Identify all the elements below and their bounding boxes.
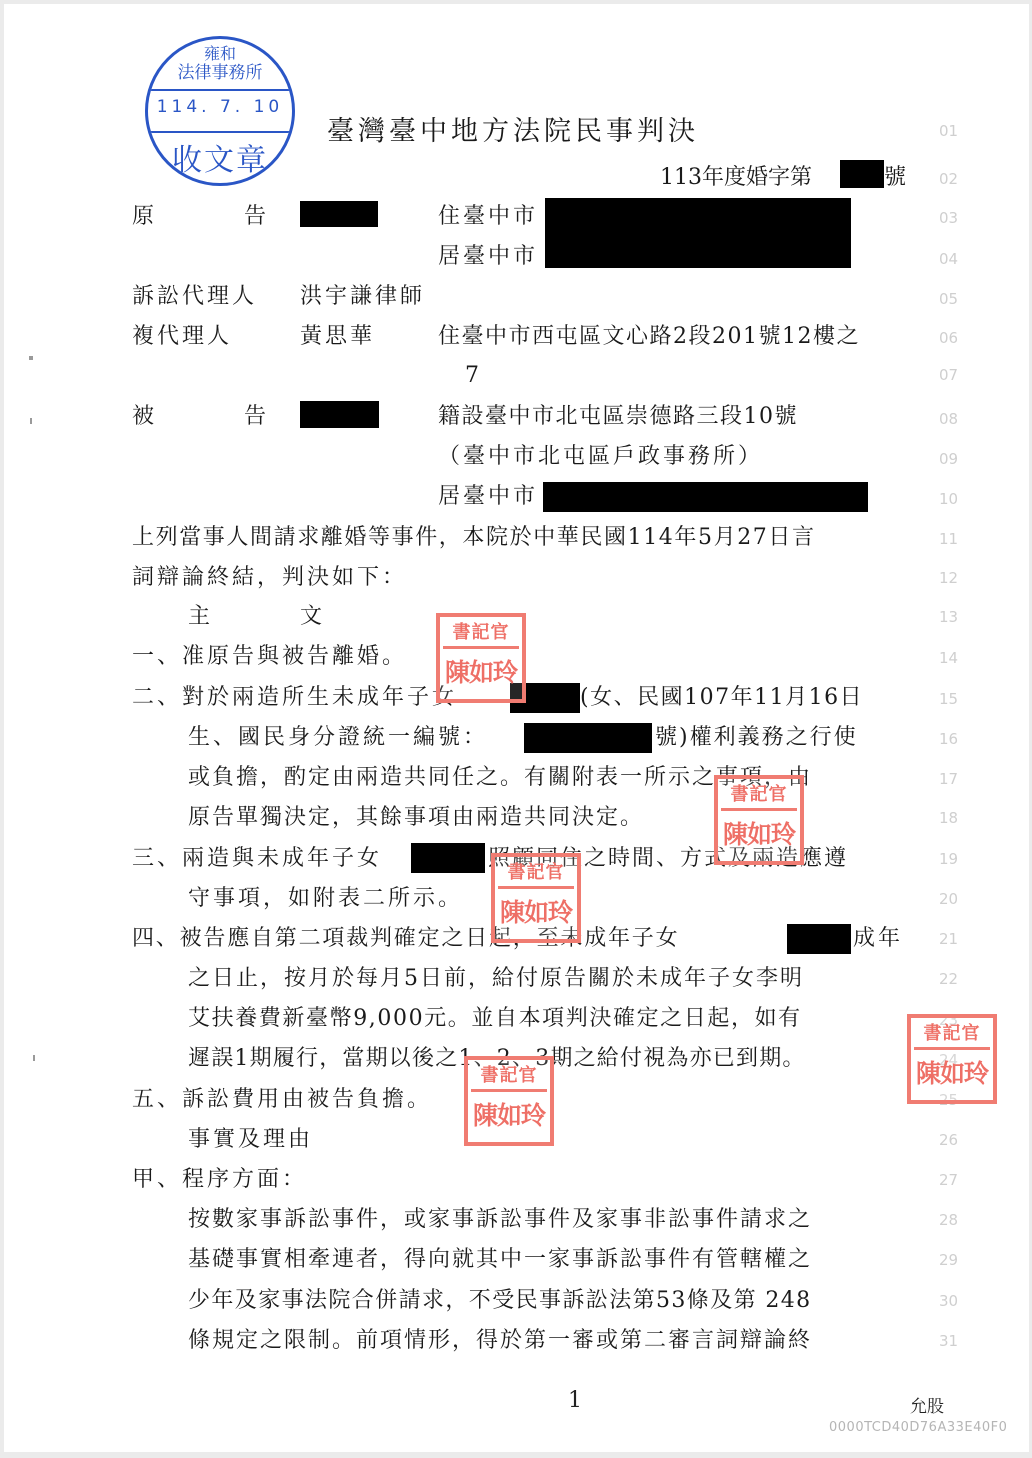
line-number: 18: [939, 808, 958, 828]
clerk-seal-name: 陳如玲: [468, 1094, 550, 1138]
line-number: 20: [939, 889, 958, 909]
defendant-address-1: 籍設臺中市北屯區崇德路三段10號: [438, 403, 798, 431]
line-number: 17: [939, 769, 958, 789]
stamp-date: 114. 7. 10: [148, 97, 292, 117]
clerk-seal: 書記官 陳如玲: [714, 775, 804, 865]
division-tag: 允股: [910, 1392, 944, 1417]
redacted-child-name: [787, 924, 851, 954]
page-number: 1: [568, 1388, 582, 1413]
line-number: 07: [939, 365, 958, 385]
clerk-seal-title: 書記官: [498, 860, 574, 889]
plaintiff-address-1-prefix: 住臺中市: [438, 203, 538, 231]
line-number: 13: [939, 607, 958, 627]
body-line-21a: 四、被告應自第二項裁判確定之日起，至未成年子女: [132, 925, 679, 953]
stamp-firm-line1: 雍和: [148, 45, 292, 63]
defendant-label-1: 被: [132, 403, 157, 431]
facts-and-reasons-heading: 事實及理由: [188, 1126, 313, 1154]
plaintiff-label-1: 原: [132, 203, 157, 231]
line-number: 03: [939, 208, 958, 228]
body-line-29: 基礎事實相牽連者，得向就其中一家事訴訟事件有管轄權之: [188, 1246, 812, 1274]
plaintiff-label-2: 告: [244, 203, 269, 231]
body-line-11: 上列當事人間請求離婚等事件，本院於中華民國114年5月27日言: [132, 524, 816, 552]
body-line-31: 條規定之限制。前項情形，得於第一審或第二審言詞辯論終: [188, 1327, 812, 1355]
subagent-address: 住臺中市西屯區文心路2段201號12樓之: [438, 323, 860, 351]
line-number: 22: [939, 969, 958, 989]
scan-speck: [33, 1055, 35, 1061]
agent-name: 洪宇謙律師: [300, 283, 425, 311]
document-title: 臺灣臺中地方法院民事判決: [327, 109, 699, 148]
redacted-child-name: [411, 843, 485, 873]
defendant-address-2: （臺中市北屯區戶政事務所）: [438, 443, 763, 471]
body-line-18: 原告單獨決定，其餘事項由兩造共同決定。: [188, 804, 644, 832]
document-code: 0000TCD40D76A33E40F0: [829, 1420, 1007, 1435]
law-firm-receipt-stamp: 雍和 法律事務所 114. 7. 10 收文章: [145, 36, 295, 186]
case-number-suffix: 號: [884, 164, 909, 192]
clerk-seal-title: 書記官: [914, 1021, 990, 1050]
line-number: 16: [939, 729, 958, 749]
line-number: 29: [939, 1250, 958, 1270]
redacted-case-number: [840, 160, 884, 188]
agent-label: 訴訟代理人: [132, 283, 257, 311]
plaintiff-address-2-prefix: 居臺中市: [438, 243, 538, 271]
clerk-seal-title: 書記官: [471, 1063, 547, 1092]
redacted-plaintiff-name: [300, 201, 378, 227]
body-line-23: 艾扶養費新臺幣9,000元。並自本項判決確定之日起，如有: [188, 1005, 802, 1033]
clerk-seal: 書記官 陳如玲: [491, 853, 581, 943]
body-line-28: 按數家事訴訟事件，或家事訴訟事件及家事非訟事件請求之: [188, 1206, 812, 1234]
body-line-19a: 三、兩造與未成年子女: [132, 845, 382, 873]
body-line-30: 少年及家事法院合併請求，不受民事訴訟法第53條及第 248: [188, 1287, 812, 1315]
line-number: 30: [939, 1291, 958, 1311]
clerk-seal-title: 書記官: [443, 620, 519, 649]
clerk-seal: 書記官 陳如玲: [436, 613, 526, 703]
body-line-21b: 成年: [853, 925, 903, 953]
clerk-seal-name: 陳如玲: [718, 813, 800, 857]
line-number: 14: [939, 648, 958, 668]
scan-speck: [29, 356, 33, 360]
redacted-id-number: [524, 723, 652, 753]
body-line-22: 之日止，按月於每月5日前，給付原告關於未成年子女李明: [188, 965, 804, 993]
section-procedure-heading: 甲、程序方面：: [132, 1166, 307, 1194]
main-text-heading-2: 文: [300, 603, 325, 631]
stamp-firm-line2: 法律事務所: [148, 63, 292, 83]
line-number: 06: [939, 328, 958, 348]
scan-speck: [30, 418, 32, 424]
clerk-seal-name: 陳如玲: [495, 891, 577, 935]
line-number: 09: [939, 449, 958, 469]
line-number: 04: [939, 249, 958, 269]
line-number: 15: [939, 689, 958, 709]
redacted-plaintiff-addresses: [545, 198, 851, 268]
line-number: 27: [939, 1170, 958, 1190]
line-number: 01: [939, 121, 958, 141]
clerk-seal: 書記官 陳如玲: [464, 1056, 554, 1146]
body-line-16a: 生、國民身分證統一編號：: [188, 724, 488, 752]
defendant-label-2: 告: [244, 403, 269, 431]
body-line-15a: 二、對於兩造所生未成年子女: [132, 684, 457, 712]
body-line-14: 一、准原告與被告離婚。: [132, 643, 407, 671]
body-line-15b: (女、民國107年11月16日: [580, 684, 863, 712]
clerk-seal: 書記官 陳如玲: [907, 1014, 997, 1104]
body-line-25: 五、訴訟費用由被告負擔。: [132, 1086, 432, 1114]
redacted-defendant-name: [300, 401, 379, 428]
stamp-label: 收文章: [148, 135, 292, 179]
clerk-seal-title: 書記官: [721, 782, 797, 811]
line-number: 11: [939, 529, 958, 549]
clerk-seal-name: 陳如玲: [440, 651, 522, 695]
line-number: 12: [939, 568, 958, 588]
line-number: 08: [939, 409, 958, 429]
line-number: 31: [939, 1331, 958, 1351]
line-number: 05: [939, 289, 958, 309]
line-number: 10: [939, 489, 958, 509]
line-number: 19: [939, 849, 958, 869]
body-line-12: 詞辯論終結，判決如下：: [132, 564, 407, 592]
subagent-address-cont: 7: [465, 362, 482, 390]
line-number: 28: [939, 1210, 958, 1230]
line-number: 26: [939, 1130, 958, 1150]
line-number: 02: [939, 169, 958, 189]
clerk-seal-name: 陳如玲: [911, 1052, 993, 1096]
case-number-prefix: 113年度婚字第: [660, 164, 812, 192]
line-number: 21: [939, 929, 958, 949]
defendant-address-3-prefix: 居臺中市: [438, 483, 538, 511]
subagent-name: 黃思華: [300, 323, 375, 351]
body-line-20: 守事項，如附表二所示。: [188, 885, 463, 913]
redacted-defendant-address: [543, 482, 868, 512]
body-line-16b: 號)權利義務之行使: [655, 724, 858, 752]
subagent-label: 複代理人: [132, 323, 232, 351]
main-text-heading-1: 主: [188, 603, 213, 631]
